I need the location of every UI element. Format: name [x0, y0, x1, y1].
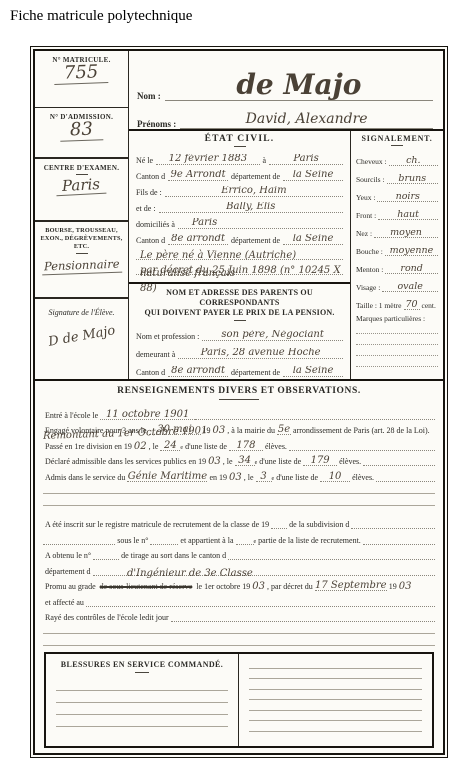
canton-row: Canton d 9e Arrondt département de la Se… [136, 165, 343, 181]
matricule-cell: N° MATRICULE. 755 [35, 51, 128, 108]
yeux-label: Yeux : [356, 193, 377, 202]
departement-label: département de [228, 172, 283, 181]
passe-label-3: d'une liste de [183, 442, 229, 451]
affecte-label: et affecté au [43, 598, 86, 607]
departement2-value: la Seine [293, 234, 334, 244]
nez-value: moyen [390, 228, 422, 238]
admis-service-row: Admis dans le service du Génie Maritime … [43, 466, 435, 482]
form-border: N° MATRICULE. 755 N° D'ADMISSION. 83 CEN… [33, 49, 445, 755]
admis-label-3: , le [242, 473, 256, 482]
raye-row: Rayé des contrôles de l'école ledit jour [43, 607, 435, 623]
ruled-fill [171, 621, 435, 622]
ruled-line [43, 634, 435, 646]
signature-cell: Signature de l'Élève. D de Majo [35, 299, 128, 379]
divider-dash [76, 253, 88, 254]
engage-year: 03 [213, 426, 226, 435]
engage-arrondissement: 5e [277, 425, 291, 435]
name-header: Nom : de Majo Prénoms : David, Alexandre [129, 51, 443, 131]
admis-year: 03 [229, 473, 242, 482]
obtenu-row: A obtenu le n° de tirage au sort dans le… [43, 545, 435, 561]
main-column: Nom : de Majo Prénoms : David, Alexandre… [129, 51, 443, 379]
obtenu-label-1: A obtenu le n° [43, 551, 93, 560]
divider-dash [234, 146, 246, 147]
promu-row: d'Ingénieur de 3e Classe Promu au grade … [43, 576, 435, 592]
admissible-label-4: élèves. [337, 457, 363, 466]
taille-value: 70 [405, 300, 417, 310]
inscrit-label-2: de la subdivision d [287, 520, 351, 529]
ruled-line [249, 679, 422, 690]
admis-rank: 3 [256, 472, 272, 482]
et-de-label: et de : [136, 204, 159, 213]
divider-dash [234, 320, 246, 321]
bouche-label: Bouche : [356, 247, 385, 256]
admission-value: 83 [60, 120, 104, 141]
profession-value: son père, Négociant [221, 330, 323, 340]
visage-label: Visage : [356, 283, 382, 292]
departement-blank-label: département d [43, 567, 93, 576]
domicilies-row: domiciliés à Paris [136, 213, 343, 229]
yeux-value: noirs [396, 192, 420, 202]
taille-row: Taille : 1 mètre 70 cent. [356, 292, 438, 310]
passe-label-2: , le [147, 442, 161, 451]
top-section: N° MATRICULE. 755 N° D'ADMISSION. 83 CEN… [35, 51, 443, 381]
passe-rank: 24 [160, 441, 180, 451]
menton-value: rond [400, 264, 422, 274]
admis-label-2: en 19 [207, 473, 229, 482]
nez-label: Nez : [356, 229, 374, 238]
departement2-label: département de [228, 236, 283, 245]
fils-de-label: Fils de : [136, 188, 165, 197]
ruled-line [356, 356, 438, 367]
promu-year-2: 03 [399, 582, 412, 591]
fils-de-row: Fils de : Errico, Haim [136, 181, 343, 197]
passe-liste: 178 [229, 441, 263, 451]
departement-value: la Seine [293, 170, 334, 180]
ne-lieu-value: Paris [293, 154, 318, 164]
ruled-line [249, 711, 422, 722]
signalement-column: SIGNALEMENT. Cheveux : ch. Sourcils : br… [351, 131, 443, 379]
promu-struck-grade: de sous-lieutenant de réserve [98, 582, 195, 591]
bouche-value: moyenne [390, 246, 434, 256]
ruled-line [43, 622, 435, 634]
blessures-title: BLESSURES EN SERVICE COMMANDÉ. [56, 660, 228, 669]
departement-parents-value: la Seine [293, 366, 334, 376]
ne-le-row: Né le 12 février 1883 à Paris [136, 149, 343, 165]
admissible-liste: 179 [303, 456, 337, 466]
nez-row: Nez : moyen [356, 220, 438, 238]
divider-dash [219, 399, 259, 400]
bourse-cell: BOURSE, TROUSSEAU, EXON., DÉGRÈVEMENTS, … [35, 222, 128, 299]
bourse-value: Pensionnaire [41, 258, 121, 276]
ruled-line [249, 690, 422, 701]
domicilies-label: domiciliés à [136, 220, 178, 229]
nom-row: Nom : de Majo [137, 57, 433, 101]
canton2-row: Canton d 8e arrondt département de la Se… [136, 229, 343, 245]
passe-label-1: Passé en 1re division en 19 [43, 442, 134, 451]
entre-value: 11 octobre 1901 [100, 410, 195, 420]
canton-parents-value: 8e arrondt [171, 366, 225, 376]
matricule-form-sheet: N° MATRICULE. 755 N° D'ADMISSION. 83 CEN… [30, 46, 448, 758]
sourcils-label: Sourcils : [356, 175, 387, 184]
prenoms-value: David, Alexandre [246, 111, 368, 127]
ruled-line [43, 494, 435, 506]
sourcils-row: Sourcils : bruns [356, 166, 438, 184]
passe-year: 02 [134, 442, 147, 451]
middle-row: ÉTAT CIVIL. Né le 12 février 1883 à Pari… [129, 131, 443, 379]
divider-dash [391, 145, 403, 146]
naturalisation-note-2: par décret du 25 Juin 1898 (n° 10245 X 8… [136, 260, 343, 275]
profession-row: Nom et profession : son père, Négociant [136, 323, 343, 341]
admis-liste: 10 [320, 472, 350, 482]
ruled-line [356, 334, 438, 345]
promu-label-4: 19 [387, 582, 399, 591]
obtenu-label-2: de tirage au sort dans le canton d [119, 551, 228, 560]
naturalisation-note-1: Le père né à Vienne (Autriche) naturalis… [136, 245, 343, 260]
etat-civil-title: ÉTAT CIVIL. [136, 134, 343, 144]
ruled-line [356, 345, 438, 356]
inscrit-label-5: partie de la liste de recrutement. [256, 536, 363, 545]
front-row: Front : haut [356, 202, 438, 220]
cheveux-label: Cheveux : [356, 157, 389, 166]
signature-label: Signature de l'Élève. [35, 308, 128, 317]
signalement-title: SIGNALEMENT. [356, 134, 438, 143]
canton-parents-label: Canton d [136, 368, 168, 377]
promu-label-1: Promu au grade [43, 582, 98, 591]
admissible-label-2: , le [221, 457, 235, 466]
spacer [43, 506, 435, 514]
visage-value: ovale [397, 282, 422, 292]
admissible-label-1: Déclaré admissible dans les services pub… [43, 457, 208, 466]
visage-row: Visage : ovale [356, 274, 438, 292]
blessures-left-column: BLESSURES EN SERVICE COMMANDÉ. [46, 654, 239, 746]
engage-label-4: arrondissement de Paris (art. 28 de la L… [291, 426, 432, 435]
ruled-line [249, 658, 422, 669]
passe-division-row: Passé en 1re division en 19 02 , le 24 e… [43, 435, 435, 451]
prenoms-row: Prénoms : David, Alexandre [137, 103, 433, 129]
engage-row: Engagé volontaire pour 3 ans le 30 mai 1… [43, 420, 435, 436]
admissible-row: Déclaré admissible dans les services pub… [43, 451, 435, 467]
bourse-label: BOURSE, TROUSSEAU, EXON., DÉGRÈVEMENTS, … [35, 227, 128, 251]
matricule-value: 755 [54, 63, 109, 85]
yeux-row: Yeux : noirs [356, 184, 438, 202]
inscrit-row-2: sous le n° et appartient à la e partie d… [43, 529, 435, 545]
cheveux-row: Cheveux : ch. [356, 148, 438, 166]
admissible-rank: 34 [235, 456, 255, 466]
entre-ecole-row: Entré à l'école le 11 octobre 1901 [43, 404, 435, 420]
ruled-line [56, 679, 228, 691]
demeurant-row: demeurant à Paris, 28 avenue Hoche [136, 341, 343, 359]
ruled-fill [376, 481, 435, 482]
canton-value: 9e Arrondt [171, 170, 226, 180]
promu-label-3: , par décret du [265, 582, 315, 591]
admis-label-4: d'une liste de [274, 473, 320, 482]
blessures-box: BLESSURES EN SERVICE COMMANDÉ. [44, 652, 434, 748]
ruled-line [56, 715, 228, 727]
admissible-year: 03 [208, 457, 221, 466]
ne-le-label: Né le [136, 156, 156, 165]
ruled-line [249, 669, 422, 680]
profession-label: Nom et profession : [136, 332, 202, 341]
ruled-line [356, 323, 438, 334]
promu-decret-date: 17 Septembre [315, 581, 387, 591]
taille-suffix: cent. [420, 301, 438, 310]
ne-a-label: à [260, 156, 270, 165]
taille-label: Taille : 1 mètre [356, 301, 404, 310]
departement-parents-label: département de [228, 368, 283, 377]
centre-examen-label: CENTRE D'EXAMEN. [35, 164, 128, 172]
fils-de-value: Errico, Haim [221, 186, 286, 196]
cheveux-value: ch. [406, 156, 420, 166]
menton-label: Menton : [356, 265, 385, 274]
marques-label: Marques particulières : [356, 314, 438, 323]
etat-civil-column: ÉTAT CIVIL. Né le 12 février 1883 à Pari… [129, 131, 351, 379]
inscrit-row-1: A été inscrit sur le registre matricule … [43, 514, 435, 530]
ruled-line [249, 721, 422, 732]
etat-civil-box: ÉTAT CIVIL. Né le 12 février 1883 à Pari… [129, 131, 350, 284]
centre-examen-value: Paris [56, 176, 107, 197]
menton-row: Menton : rond [356, 256, 438, 274]
parents-title-1: NOM ET ADRESSE DES PARENTS OU CORRESPOND… [136, 288, 343, 308]
page-title: Fiche matricule polytechnique [0, 0, 469, 25]
bouche-row: Bouche : moyenne [356, 238, 438, 256]
renseignements-section: RENSEIGNEMENTS DIVERS ET OBSERVATIONS. E… [35, 381, 443, 753]
promu-year-1: 03 [252, 582, 265, 591]
passe-label-4: élèves. [263, 442, 289, 451]
engage-label-3: , à la mairie du [225, 426, 277, 435]
promu-label-2: le 1er octobre 19 [194, 582, 252, 591]
divider-dash [135, 672, 149, 673]
admissible-label-3: d'une liste de [257, 457, 303, 466]
inscrit-label-1: A été inscrit sur le registre matricule … [43, 520, 271, 529]
parents-title-2: QUI DOIVENT PAYER LE PRIX DE LA PENSION. [136, 308, 343, 318]
canton-label: Canton d [136, 172, 168, 181]
centre-examen-cell: CENTRE D'EXAMEN. Paris [35, 159, 128, 222]
inscrit-label-3: sous le n° [115, 536, 150, 545]
left-sidebar: N° MATRICULE. 755 N° D'ADMISSION. 83 CEN… [35, 51, 129, 379]
front-label: Front : [356, 211, 378, 220]
ruled-line [56, 703, 228, 715]
et-de-row: et de : Bally, Elis [136, 197, 343, 213]
domicilies-value: Paris [192, 218, 217, 228]
ne-le-value: 12 février 1883 [169, 154, 247, 164]
front-value: haut [397, 210, 419, 220]
ruled-line [43, 482, 435, 494]
parents-box: NOM ET ADRESSE DES PARENTS OU CORRESPOND… [129, 284, 350, 379]
canton-parents-row: Canton d 8e arrondt département de la Se… [136, 359, 343, 377]
inscrit-label-4: et appartient à la [178, 536, 235, 545]
canton2-value: 8e arrondt [171, 234, 225, 244]
demeurant-value: Paris, 28 avenue Hoche [201, 348, 321, 358]
admis-label-5: élèves. [350, 473, 376, 482]
ruled-line [56, 691, 228, 703]
prenoms-label: Prénoms : [137, 119, 180, 129]
admis-service: Génie Maritime [127, 472, 207, 482]
nom-label: Nom : [137, 91, 165, 101]
admis-label-1: Admis dans le service du [43, 473, 127, 482]
entre-label: Entré à l'école le [43, 411, 100, 420]
admission-cell: N° D'ADMISSION. 83 [35, 108, 128, 159]
ruled-line [249, 700, 422, 711]
renseignements-title: RENSEIGNEMENTS DIVERS ET OBSERVATIONS. [43, 386, 435, 396]
student-signature: D de Majo [47, 323, 116, 350]
affecte-row: et affecté au [43, 591, 435, 607]
blessures-right-column [239, 654, 432, 746]
sourcils-value: bruns [398, 174, 426, 184]
promu-insertion: d'Ingénieur de 3e Classe [127, 569, 253, 578]
demeurant-label: demeurant à [136, 350, 178, 359]
raye-label: Rayé des contrôles de l'école ledit jour [43, 613, 171, 622]
nom-value: de Majo [236, 68, 361, 101]
canton2-label: Canton d [136, 236, 168, 245]
et-de-value: Bally, Elis [226, 202, 275, 212]
